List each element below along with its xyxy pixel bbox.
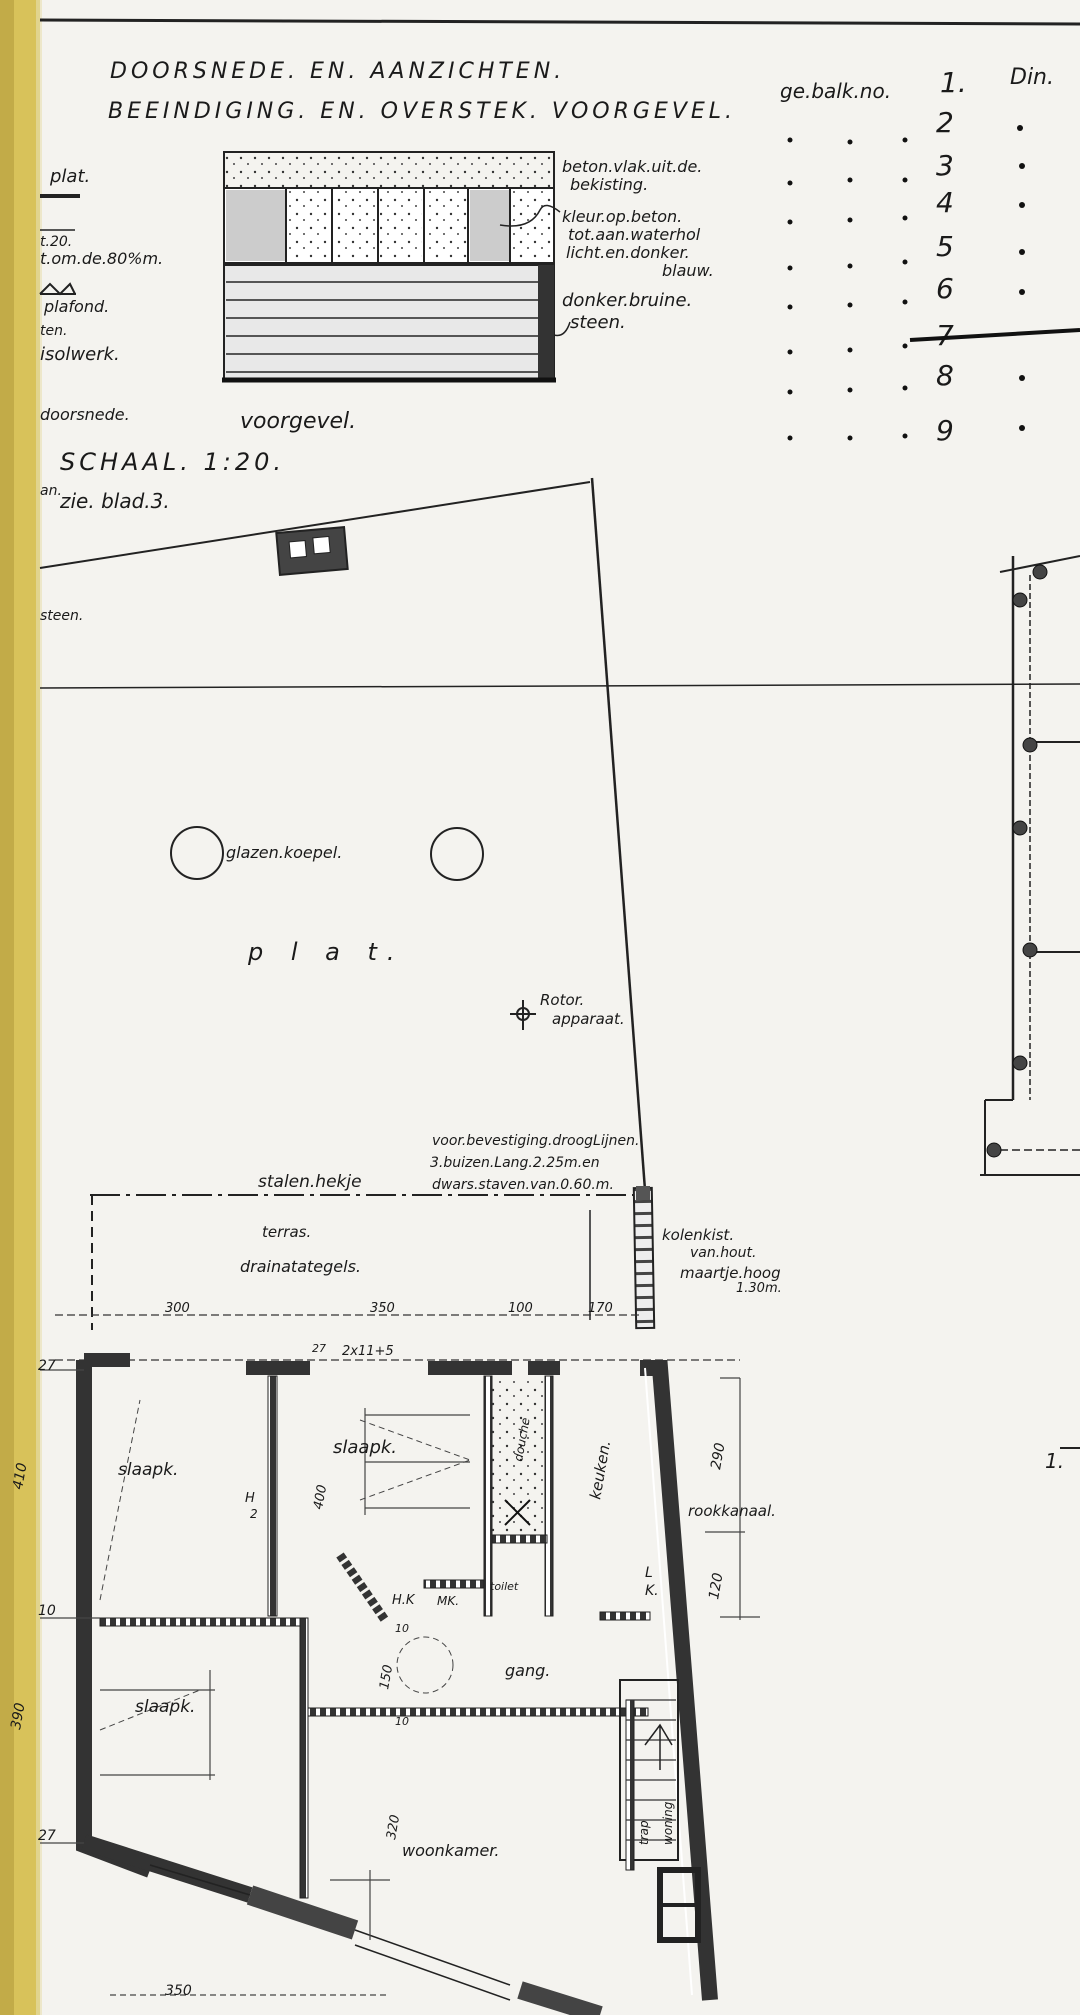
svg-text:tot.aan.waterhol: tot.aan.waterhol <box>568 225 701 244</box>
svg-text:K.: K. <box>645 1583 659 1599</box>
svg-text:MK.: MK. <box>437 1594 459 1608</box>
svg-text:10: 10 <box>395 1715 409 1728</box>
right-marker: 1. <box>1045 1449 1064 1473</box>
svg-text:doorsnede.: doorsnede. <box>40 405 130 424</box>
title-line-2: BEEINDIGING. EN. OVERSTEK. VOORGEVEL. <box>108 99 736 124</box>
floor-plan <box>40 1315 760 2015</box>
svg-text:t.om.de.80%m.: t.om.de.80%m. <box>40 249 163 268</box>
svg-text:apparaat.: apparaat. <box>552 1010 625 1028</box>
svg-text:120: 120 <box>706 1572 726 1601</box>
svg-text:t.20.: t.20. <box>40 234 72 250</box>
rotor-label: Rotor. <box>540 991 584 1009</box>
svg-text:100: 100 <box>508 1301 533 1316</box>
svg-text:300: 300 <box>165 1301 190 1316</box>
svg-text:170: 170 <box>588 1301 613 1316</box>
svg-text:an.: an. <box>40 483 62 499</box>
svg-text:150: 150 <box>377 1664 396 1691</box>
svg-text:2x11+5: 2x11+5 <box>342 1344 394 1359</box>
terrace-label: terras. <box>262 1223 311 1241</box>
svg-text:2: 2 <box>250 1507 258 1521</box>
svg-text:voor.bevestiging.droogLijnen.: voor.bevestiging.droogLijnen. <box>432 1133 639 1149</box>
svg-text:350: 350 <box>165 1983 192 1999</box>
svg-text:3: 3 <box>936 149 954 182</box>
svg-text:27: 27 <box>38 1358 56 1374</box>
svg-text:320: 320 <box>384 1814 403 1841</box>
sheet-number-list: ge.balk.no. 1. Din. 2 3 4 5 6 7 8 9 <box>780 65 1080 447</box>
room-kitchen: keuken. <box>586 1439 614 1501</box>
svg-text:1.30m.: 1.30m. <box>736 1281 782 1296</box>
svg-text:5: 5 <box>936 230 954 263</box>
svg-text:9: 9 <box>936 414 954 447</box>
title-line-1: DOORSNEDE. EN. AANZICHTEN. <box>110 59 565 84</box>
svg-text:10: 10 <box>38 1603 56 1619</box>
fence-label: stalen.hekje <box>258 1172 362 1192</box>
drawing-canvas: DOORSNEDE. EN. AANZICHTEN. BEEINDIGING. … <box>0 0 1080 2015</box>
tiles-label: drainatategels. <box>240 1257 361 1276</box>
svg-text:8: 8 <box>936 359 954 392</box>
svg-text:4: 4 <box>936 186 954 219</box>
svg-text:350: 350 <box>370 1301 395 1316</box>
coal-box-label: kolenkist. <box>662 1226 734 1244</box>
svg-text:maartje.hoog: maartje.hoog <box>680 1264 781 1282</box>
room-bedroom-3: slaapk. <box>135 1697 195 1717</box>
svg-text:kleur.op.beton.: kleur.op.beton. <box>562 207 682 226</box>
room-toilet: toilet <box>490 1580 519 1593</box>
svg-text:steen.: steen. <box>40 608 83 624</box>
svg-text:10: 10 <box>395 1622 409 1635</box>
svg-text:steen.: steen. <box>570 312 626 333</box>
svg-text:7: 7 <box>936 319 954 352</box>
stair-label: trap <box>637 1820 651 1845</box>
room-bedroom-2: slaapk. <box>333 1437 397 1458</box>
front-elevation-detail: voorgevel. beton.vlak.uit.de. bekisting.… <box>222 152 714 434</box>
adjacent-structure <box>980 556 1080 1448</box>
svg-text:H: H <box>245 1491 255 1506</box>
scale-reference: zie. blad.3. <box>59 489 170 513</box>
svg-text:2: 2 <box>936 106 954 139</box>
svg-text:Din.: Din. <box>1010 65 1054 90</box>
svg-text:plafond.: plafond. <box>43 297 109 316</box>
svg-text:van.hout.: van.hout. <box>690 1245 756 1261</box>
svg-text:dwars.staven.van.0.60.m.: dwars.staven.van.0.60.m. <box>432 1177 614 1193</box>
section-notes: plat. t.20. t.om.de.80%m. plafond. ten. … <box>40 166 163 624</box>
svg-text:isolwerk.: isolwerk. <box>40 344 120 365</box>
svg-text:6: 6 <box>936 272 954 305</box>
dome-label: glazen.koepel. <box>226 843 342 862</box>
svg-text:plat.: plat. <box>49 166 90 187</box>
architectural-drawing-sheet: DOORSNEDE. EN. AANZICHTEN. BEEINDIGING. … <box>0 0 1080 2015</box>
room-bedroom-1: slaapk. <box>118 1460 178 1480</box>
svg-text:licht.en.donker.: licht.en.donker. <box>566 243 690 262</box>
svg-text:ten.: ten. <box>40 323 67 339</box>
room-hallway: gang. <box>505 1661 550 1680</box>
roof-plan <box>40 478 1080 1190</box>
svg-text:blauw.: blauw. <box>662 261 714 280</box>
scale-label: SCHAAL. 1:20. <box>60 448 285 476</box>
roof-label: p l a t. <box>247 938 405 966</box>
svg-text:400: 400 <box>311 1484 330 1511</box>
svg-text:woning: woning <box>661 1801 675 1845</box>
svg-text:L: L <box>645 1565 653 1581</box>
svg-text:1.: 1. <box>940 66 967 99</box>
svg-text:27: 27 <box>312 1342 326 1355</box>
svg-text:3.buizen.Lang.2.25m.en: 3.buizen.Lang.2.25m.en <box>430 1155 600 1171</box>
svg-text:H.K: H.K <box>392 1593 416 1608</box>
flue-label: rookkanaal. <box>688 1502 776 1520</box>
svg-text:voorgevel.: voorgevel. <box>240 409 356 434</box>
svg-text:donker.bruine.: donker.bruine. <box>562 290 692 311</box>
room-living: woonkamer. <box>402 1841 500 1860</box>
plan-dimensions: 300 350 100 170 2x11+5 27 27 27 10 10 10… <box>8 1301 728 1999</box>
svg-text:bekisting.: bekisting. <box>570 175 648 194</box>
svg-text:290: 290 <box>708 1442 728 1471</box>
svg-text:ge.balk.no.: ge.balk.no. <box>780 79 891 103</box>
svg-text:27: 27 <box>38 1828 56 1844</box>
svg-text:beton.vlak.uit.de.: beton.vlak.uit.de. <box>562 157 702 176</box>
